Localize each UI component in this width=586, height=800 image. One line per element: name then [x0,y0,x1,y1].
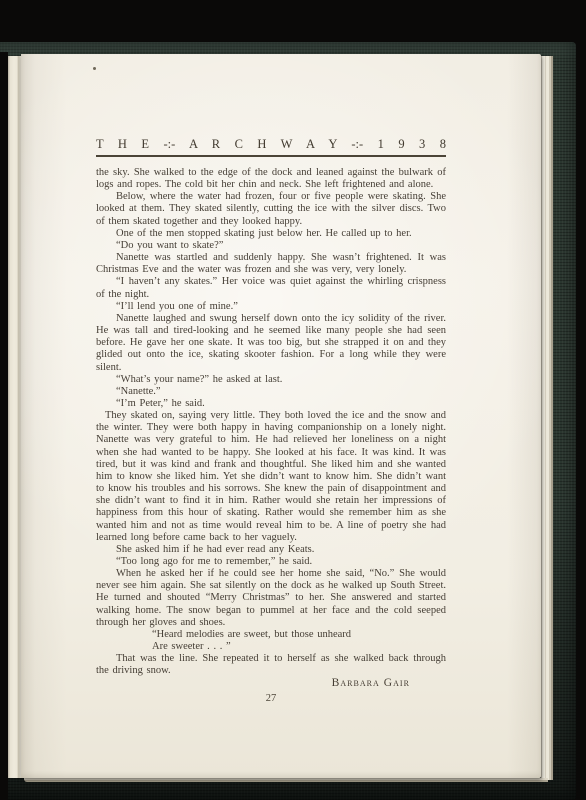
page-number: 27 [96,693,446,704]
story-paragraph: “I’m Peter,” he said. [96,398,446,410]
story-paragraph: She asked him if he had ever read any Ke… [96,544,446,556]
story-paragraph: the sky. She walked to the edge of the d… [96,167,446,191]
story-paragraph: Nanette laughed and swung herself down o… [96,313,446,374]
verse-line: Are sweeter . . . ” [152,641,446,653]
story-paragraph: “I haven’t any skates.” Her voice was qu… [96,276,446,300]
story-paragraph: “Do you want to skate?” [96,240,446,252]
page-header-title: T H E -:- A R C H W A Y -:- 1 9 3 8 [96,138,446,157]
page-stack-right-edge [541,56,553,780]
page-stack-left-edge [8,56,22,778]
story-paragraph: Nanette was startled and suddenly happy.… [96,252,446,276]
ink-speck [93,67,96,70]
story-paragraph: Below, where the water had frozen, four … [96,191,446,227]
author-byline: Barbara Gair [96,677,410,689]
left-shadow [0,52,8,800]
story-paragraph: “What’s your name?” he asked at last. [96,374,446,386]
story-paragraph: They skated on, saying very little. They… [96,410,446,544]
story-paragraph: One of the men stopped skating just belo… [96,228,446,240]
story-text: the sky. She walked to the edge of the d… [96,167,446,678]
story-paragraph: “Nanette.” [96,386,446,398]
page-stack-bottom-edge [24,778,548,782]
verse-line: “Heard melodies are sweet, but those unh… [152,629,446,641]
story-paragraph: When he asked her if he could see her ho… [96,568,446,629]
page-content: T H E -:- A R C H W A Y -:- 1 9 3 8 the … [96,138,446,704]
book-page: T H E -:- A R C H W A Y -:- 1 9 3 8 the … [21,54,541,778]
story-paragraph: That was the line. She repeated it to he… [96,653,446,677]
story-paragraph: “I’ll lend you one of mine.” [96,301,446,313]
story-paragraph: “Too long ago for me to remember,” he sa… [96,556,446,568]
